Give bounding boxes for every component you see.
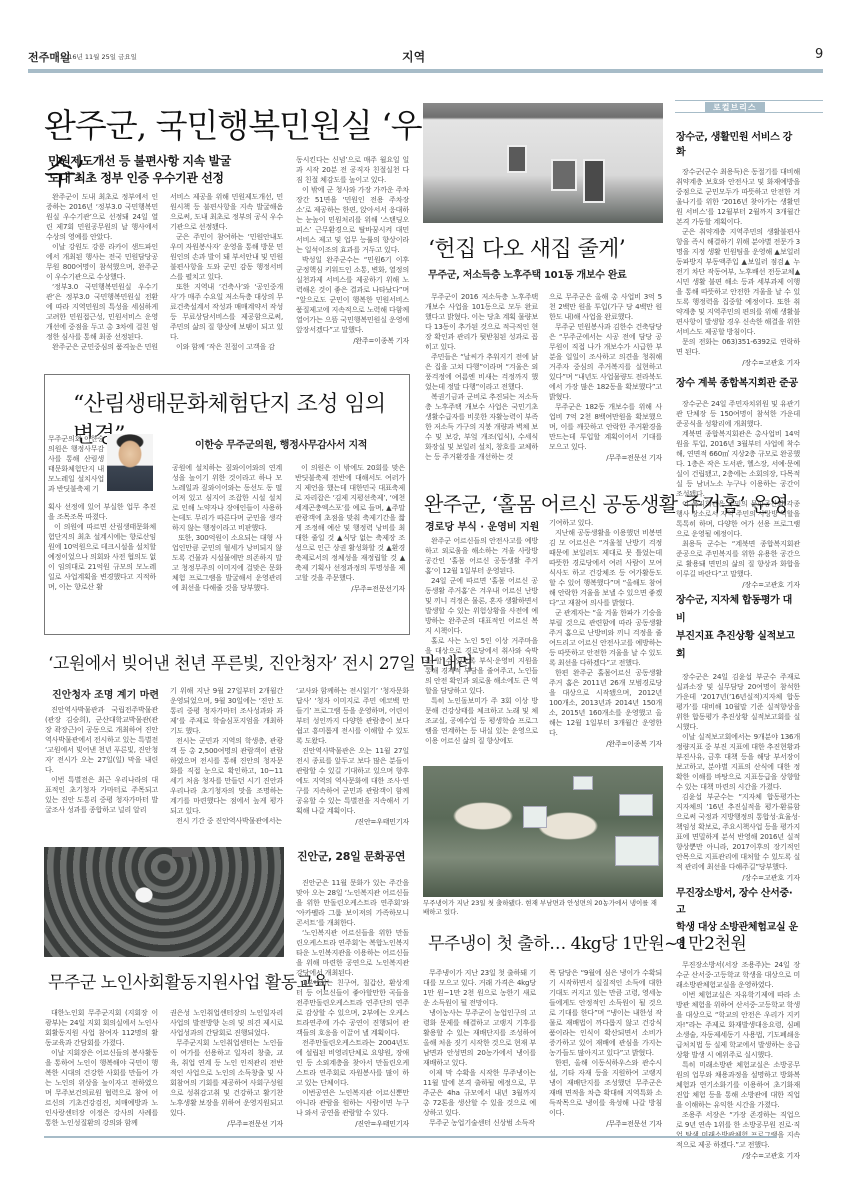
- main-article-col-3: 동시킨다는 신념’으로 매주 월요일 일과 시작 20분 전 공직자 친절실천 …: [296, 155, 409, 346]
- byline: /완주=이종복 기자: [296, 336, 409, 346]
- paragraph: 또한 지역내 ‘건축사’와 ‘공인중개사’가 매주 수요일 저소득층 대상의 무…: [170, 282, 283, 342]
- paragraph: 조용주 서장은 “가장 존경하는 직업으로 9년 연속 1위를 한 소방공무원 …: [676, 1110, 800, 1150]
- footer-rule-right: [378, 1136, 777, 1138]
- paragraph: 지난해 공동생활을 이용했던 비봉면 김 모 어르신은 “겨울철 난방기 걱정 …: [549, 528, 662, 608]
- main-article-col-2: 서비스 제공을 위해 민원제도개선, 민원시책 등 불편사항을 지속 발굴해옴으…: [170, 192, 283, 352]
- brief-3-title-1: 장수군, 지자체 합동평가 대비: [676, 592, 800, 628]
- paragraph: 이 밖에 군 청사와 가장 가까운 주차장간 51면을 ‘민원인 전용 주차장소…: [296, 185, 409, 255]
- brief-column-label-box: 로컬브리스: [675, 100, 823, 113]
- paragraph: 완주군이 도내 최초로 정부에서 인증하는 2016년 ‘정부3.0 국민행복민…: [46, 192, 158, 242]
- paragraph: 특히 미래소방관 체험교실은 소방공무원의 업무와 채용과정을 설명하고 방화복…: [676, 1060, 800, 1110]
- paragraph: ‘교사와 함께하는 전시읽기’ ‘청자문화 답사’ ‘청자 이미지로 주민 에코…: [296, 686, 409, 746]
- forest-article-intro: 무주군의회 이한승 의원은 행정사무감사를 통해 산림생태문화체험단지 내 모노…: [48, 434, 104, 494]
- byline: /장수=고관호 기자: [676, 1151, 800, 1161]
- byline: /무주=전문선 기자: [549, 1119, 662, 1129]
- house-article-col-2: 으로 무주군은 올해 총 사업비 3억 5천 2백만 원을 투입(가구 당 4백…: [549, 292, 662, 463]
- paragraph: 진안역사박물관은 오는 11월 27일 전시 종료를 앞두고 보다 많은 분들이…: [296, 746, 409, 816]
- paragraph: 이 의원에 따르면 산림생태문화체험단지의 최초 설계시에는 향로산임원에 10…: [48, 522, 156, 592]
- crate: [523, 806, 547, 828]
- wanju-home-col-1: 완주군 어르신들의 안전사고를 예방하고 외로움을 해소하는 겨울 사랑방 공간…: [425, 536, 538, 746]
- crate: [619, 794, 653, 816]
- paragraph: 장수군은 24일 김윤섭 부군수 주재로 실과소장 및 실무담당 20여명이 참…: [676, 672, 800, 732]
- paragraph: ‘정부3.0 국민행복민원실 우수기관’은 정부3.0 국민행복민원실 전환에 …: [46, 282, 158, 342]
- paragraph: 대한노인회 무주군지회 (지회장 이광부)는 24일 지회 회의실에서 노인사회…: [45, 1008, 158, 1048]
- paragraph: 공원에 설치하는 짚와이어와의 연계성을 높이기 위한 것이라고 하나 모노레일…: [172, 463, 282, 533]
- celadon-article-title: ‘고원에서 빚어낸 천년 푸른빛, 진안청자’ 전시 27일 막 내려: [48, 649, 473, 674]
- forest-article-col-1: 획사 선정에 있어 부실한 업무 추진을 조목조목 따졌다. 이 의원에 따르면…: [48, 502, 156, 592]
- paragraph: 군은 취약계층 지역주민의 생활불편사항을 즉시 해결하기 위해 분야별 전문가…: [676, 227, 800, 337]
- paragraph: 이제 막 수확을 시작한 무주냉이는 11월 말에 본격 출하될 예정으로, 무…: [423, 1068, 536, 1118]
- forest-article-box: “산림생태문화체험단지 조성 임의 변경” 이한승 무주군의원, 행정사무감사서…: [44, 374, 410, 635]
- celadon-article-col-3: ‘교사와 함께하는 전시읽기’ ‘청자문화 답사’ ‘청자 이미지로 주민 에코…: [296, 686, 409, 827]
- paragraph: 냉이농사는 무주군이 농업인구의 고령화 문제를 해결하고 고랭지 기후를 활용…: [423, 1008, 536, 1068]
- issue-date: 2016년 11월 25일 금요일: [60, 52, 137, 61]
- crate: [573, 776, 593, 790]
- byline: /진안=우태민기자: [296, 817, 409, 827]
- main-article-col-1: 완주군이 도내 최초로 정부에서 인증하는 2016년 ‘정부3.0 국민행복민…: [46, 192, 158, 352]
- paragraph: 전주만돌린오케스트라는 2004년도에 설립된 비영리단체로 요양원, 장애인 …: [296, 1038, 409, 1088]
- wanju-home-title: 완주군, ‘홀몸 어르신 공동생활 주거홈’ 운영: [424, 488, 788, 517]
- paragraph: 한편, 올해 이동식하우스와 관수시설, 기타 자재 등을 지원하여 고랭지 냉…: [549, 1058, 662, 1118]
- paragraph: 기여하고 있다.: [549, 518, 662, 528]
- header-rule: [28, 69, 495, 73]
- paragraph: 한편 완주군 홀몸어르신 공동생활 주거 홈은 2011년 26개 모범경로당을…: [549, 668, 662, 738]
- elderly-seminar-audience-photo: [44, 847, 284, 957]
- paragraph: 무주군지회 노인취업센터는 노인들이 여가를 선용하고 일자리 창출, 교육, …: [170, 1038, 283, 1118]
- paragraph: 목 담당은 “9월에 심은 냉이가 수확되기 시작하면서 실질적인 소득에 대한…: [549, 968, 662, 1058]
- cabbage-article-col-2: 목 담당은 “9월에 심은 냉이가 수확되기 시작하면서 실질적인 소득에 대한…: [549, 968, 662, 1129]
- page-number: 9: [815, 47, 823, 62]
- byline: /무주=전문선 기자: [170, 1119, 283, 1129]
- cabbage-article-col-1: 무주냉이가 지난 23일 첫 출하돼 기대를 모으고 있다. 거래 가격은 4k…: [423, 968, 536, 1128]
- paragraph: 또한, 300억원이 소요되는 대형 사업인만큼 군민의 혈세가 낭비되지 않도…: [172, 533, 282, 593]
- paragraph: 이날 실적보고회에서는 9개분야 136개 정량지표 중 부진 지표에 대한 추…: [676, 732, 800, 792]
- paragraph: 이와 함께 ‘작은 친절이 고객을 감: [170, 342, 283, 352]
- brief-3: 장수군, 지자체 합동평가 대비 부진지표 추진상황 실적보고회 장수군은 24…: [676, 592, 800, 883]
- forest-article-col-3: 이 의원은 이 밖에도 20회를 맞은 반딧불축제 전반에 대해서도 여러가지 …: [295, 463, 405, 594]
- paragraph: 동시킨다는 신념’으로 매주 월요일 일과 시작 20분 전 공직자 친절실천 …: [296, 155, 409, 185]
- paragraph: 전시는 군민과 지역의 학생층, 관광객 등 총 2,500여명의 관람객이 관…: [170, 736, 283, 816]
- paragraph: 복권기금과 군비로 추진되는 저소득층 노후주택 개보수 사업은 국민기초생활수…: [425, 392, 538, 462]
- brief-4-title-1: 무진장소방서, 장수 산서중·고: [676, 885, 800, 919]
- brief-4: 무진장소방서, 장수 산서중·고 학생 대상 소방관체험교실 운영 무진장소방서…: [676, 885, 800, 1161]
- brief-1: 장수군, 생활민원 서비스 강화 장수군(군수 최용득)은 동절기를 대비해 취…: [676, 128, 800, 368]
- celadon-article-col-1: 진안역사박물관과 국립전주박물관(관장 김승희), 군산대학교박물관(관장 곽장…: [45, 705, 158, 815]
- paragraph: 최용득 군수는 “계북면 종합복지회관 준공으로 주민복지를 위한 유용한 공간…: [676, 539, 800, 579]
- paragraph: 진안군은 11월 문화가 있는 주간을 맞아 오는 28일 ‘노인복지관 어르신…: [296, 878, 409, 928]
- wanju-home-subtitle: 경로당 부식 · 운영비 지원: [425, 518, 539, 533]
- byline: /무주=전문선기자: [295, 584, 405, 594]
- councilor-portrait: [107, 434, 153, 491]
- paragraph: 이날 지회장은 어르신들의 봉사활동을 통하여 노인이 행복해야 국민이 행복한…: [45, 1048, 158, 1128]
- seminar-screen: [172, 847, 192, 857]
- cabbage-photo-caption: 무주냉이가 지난 23일 첫 출하됐다. 현재 부남면과 안성면의 20농가에서…: [423, 899, 663, 917]
- paragraph: 획사 선정에 있어 부실한 업무 추진을 조목조목 따졌다.: [48, 502, 156, 522]
- celadon-article-col-2: 기 위해 지난 9월 27일부터 2개월간 운영되었으며, 9월 30일에는 ‘…: [170, 686, 283, 826]
- paragraph: 서비스 제공을 위해 민원제도개선, 민원시책 등 불편사항을 지속 발굴해옴으…: [170, 192, 283, 232]
- paragraph: 이번 체험교실은 자유학기제에 따라 소방관 체험을 위하여 산서중·고등학교 …: [676, 990, 800, 1060]
- paragraph: 장수군은 24일 주민자치위원 및 유관기관 단체장 등 150여명이 참석한 …: [676, 399, 800, 429]
- paragraph: 이번공연은 노인복지관 어르신뿐만 아니라 관람을 원하는 사람이면 누구나 와…: [296, 1088, 409, 1118]
- paragraph: 진안역사박물관과 국립전주박물관(관장 김승희), 군산대학교박물관(관장 곽장…: [45, 705, 158, 775]
- forest-article-subtitle: 이한승 무주군의원, 행정사무감사서 지적: [195, 436, 367, 451]
- paragraph: 권은성 노인취업센터장의 노인일자리 사업의 발전방향 논의 및 의견 제시로 …: [170, 1008, 283, 1038]
- elderly-edu-title: 무주군 노인사회활동지원사업 활동교육: [48, 968, 328, 993]
- header-rule-right: [495, 69, 823, 73]
- byline: /진안=우태민기자: [296, 1119, 409, 1129]
- elderly-edu-col-1: 대한노인회 무주군지회 (지회장 이광부)는 24일 지회 회의실에서 노인사회…: [45, 1008, 158, 1128]
- house-window: [507, 145, 527, 173]
- house-article-title: ‘헌집 다오 새집 줄게’: [428, 232, 625, 263]
- paragraph: 무주군이 2016 저소득층 노후주택 개보수 사업을 101동으로 모두 완료…: [425, 292, 538, 352]
- paragraph: 이 의원은 이 밖에도 20회를 맞은 반딧불축제 전반에 대해서도 여러가지 …: [295, 463, 405, 583]
- paragraph: 무주군 민원봉사과 김한수 건축담당은 “무주군에서는 시공 전에 담당 공무원…: [549, 322, 662, 402]
- brief-column-label: 로컬브리스: [705, 102, 765, 113]
- main-article-subhead-1: 민원제도개선 등 불편사항 지속 발굴: [48, 153, 231, 169]
- paragraph: 으로 무주군은 올해 총 사업비 3억 5천 2백만 원을 투입(가구 당 4백…: [549, 292, 662, 322]
- paragraph: 군은 주민이 참여하는 ‘민원안내도우미 자원봉사자’ 운영을 통해 방문 민원…: [170, 232, 283, 282]
- forest-article-col-2: 공원에 설치하는 짚와이어와의 연계성을 높이기 위한 것이라고 하나 모노레일…: [172, 463, 282, 593]
- main-article-subhead-2: 도내 최초 정부 인증 우수기관 선정: [48, 170, 224, 186]
- paragraph: 김윤섭 부군수는 “지자체 합동평가는 지자체의 ’16년 추진실적을 평가·환…: [676, 792, 800, 872]
- brief-3-title-2: 부진지표 추진상황 실적보고회: [676, 628, 800, 664]
- byline: /장수=고관호 기자: [676, 358, 800, 368]
- renovated-house-photo: [423, 103, 663, 223]
- house-article-col-1: 무주군이 2016 저소득층 노후주택 개보수 사업을 101동으로 모두 완료…: [425, 292, 538, 462]
- paragraph: 완주군은 군민중심의 품격높은 민원: [46, 342, 158, 352]
- byline: /장수=고관호 기자: [676, 580, 800, 590]
- elderly-edu-col-2: 권은성 노인취업센터장의 노인일자리 사업의 발전방향 논의 및 의견 제시로 …: [170, 1008, 283, 1129]
- house-door: [583, 159, 605, 203]
- paragraph: 주민들은 “날씨가 추워지기 전에 낡은 집을 고쳐 다행”이라며 “겨울은 외…: [425, 352, 538, 392]
- brief-column: 로컬브리스: [675, 100, 823, 113]
- footer-rule: [44, 1136, 378, 1138]
- paragraph: 전시 기간 중 진안역사박물관에서는: [170, 816, 283, 826]
- brief-2: 장수 계북 종합복지회관 준공 장수군은 24일 주민자치위원 및 유관기관 단…: [676, 374, 800, 590]
- crate: [615, 836, 659, 866]
- paragraph: 장수군(군수 최용득)은 동절기를 대비해 취약계층 보호와 안전사고 및 화재…: [676, 167, 800, 227]
- paragraph: 문의 전화는 063)351-6392로 연락하면 된다.: [676, 337, 800, 357]
- paragraph: 박성일 완주군수는 “민원6기 이후 군정핵심 키워드인 소통, 변화, 열정의…: [296, 255, 409, 335]
- paragraph: 기 위해 지난 9월 27일부터 2개월간 운영되었으며, 9월 30일에는 ‘…: [170, 686, 283, 736]
- brief-2-title: 장수 계북 종합복지회관 준공: [676, 374, 800, 389]
- byline: /완주=이종복 기자: [549, 739, 662, 749]
- paragraph: 특히 노인돌보미가 주 3회 이상 방문해 건강상태를 체크하고 노래 및 체조…: [425, 696, 538, 746]
- section-name: 지역: [402, 48, 425, 65]
- paragraph: 무주군은 182동 개보수를 위해 사업비 7억 2천 8백여만원을 확보했으며…: [549, 402, 662, 452]
- jinan-concert-body: 진안군은 11월 문화가 있는 주간을 맞아 오는 28일 ‘노인복지관 어르신…: [296, 878, 409, 1129]
- jinan-concert-title: 진안군, 28일 문화공연: [297, 848, 405, 864]
- cabbage-article-title: 무주냉이 첫 출하… 4kg당 1만원~1만2천원: [428, 929, 746, 954]
- farmers-harvesting-photo: [423, 766, 663, 897]
- paragraph: 1부에서는 친구여, 칠갑산, 환상계터 등 어르신들이 좋아할만한 곡들을 전…: [296, 978, 409, 1038]
- paragraph: ‘노인복지관 어르신들을 위한 만돌린오케스트라 연주회’는 복합노인복지타운 …: [296, 928, 409, 978]
- paragraph: 군 관계자는 “올 겨울 한파가 기승을 부릴 것으로 관련함에 따라 공동생활…: [549, 608, 662, 668]
- paragraph: 24일 군에 따르면 ‘홀몸 어르신 공동생활 주거홈’은 겨우내 어르신 난방…: [425, 576, 538, 636]
- wanju-home-col-2: 기여하고 있다. 지난해 공동생활을 이용했던 비봉면 김 모 어르신은 “겨울…: [549, 518, 662, 749]
- paragraph: 이번 특별전은 최근 우리나라의 대표적인 초기청자 가마터로 주목되고 있는 …: [45, 775, 158, 815]
- paragraph: 무진장소방서(서장 조용주)는 24일 장수군 산서중·고등학교 학생을 대상으…: [676, 960, 800, 990]
- brief-1-title: 장수군, 생활민원 서비스 강화: [676, 128, 800, 158]
- house-window: [551, 159, 577, 191]
- byline: /무주=전문선 기자: [549, 453, 662, 463]
- paragraph: 완주군 어르신들의 안전사고를 예방하고 외로움을 해소하는 겨울 사랑방 공간…: [425, 536, 538, 576]
- paragraph: 무주냉이가 지난 23일 첫 출하돼 기대를 모으고 있다. 거래 가격은 4k…: [423, 968, 536, 1008]
- paragraph: 무주군 농업기술센터 신상범 소득작: [423, 1118, 536, 1128]
- paragraph: 이날 강원도 강릉 라카이 샌드파인에서 개최된 행사는 전국 민원담당공무원 …: [46, 242, 158, 282]
- byline: /장수=고관호 기자: [676, 873, 800, 883]
- celadon-article-subtitle: 진안청자 조명 계기 마련: [52, 686, 159, 701]
- house-article-subtitle: 무주군, 저소득층 노후주택 101동 개보수 완료: [428, 266, 627, 281]
